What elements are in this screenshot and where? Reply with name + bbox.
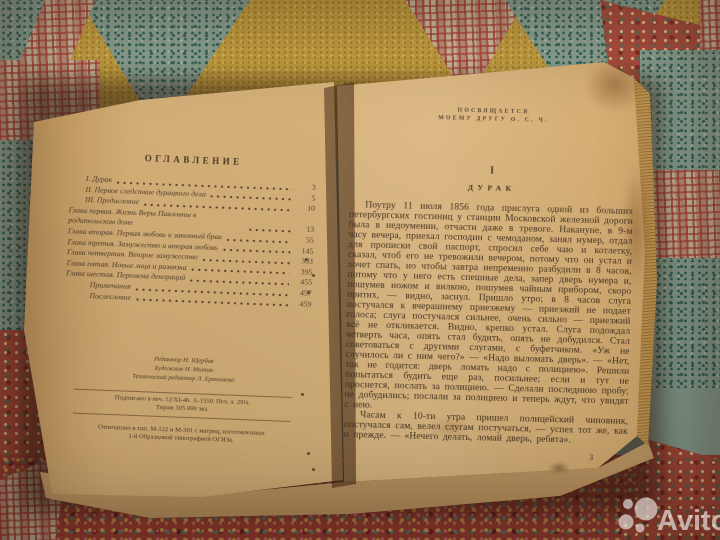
body-text: Поутру 11 июля 1856 года прислуга одной …: [343, 200, 633, 447]
avito-watermark: Avito: [615, 492, 720, 540]
toc-list: I. Дурак3 II. Первое следствие дурацкого…: [65, 173, 316, 309]
avito-brand-text: Avito: [657, 505, 720, 537]
dedication: ПОСВЯЩАЕТСЯ МОЕМУ ДРУГУ О. С. Ч.: [351, 104, 635, 127]
imprint-block: Подписано в печ. 12/XI-46. А-1550. Печ. …: [73, 388, 292, 422]
body-paragraph: Поутру 11 июля 1856 года прислуга одной …: [344, 200, 633, 417]
page-stain: [548, 462, 570, 474]
book-photo: ОГЛАВЛЕНИЕ I. Дурак3 II. Первое следстви…: [0, 0, 720, 540]
chapter-number: I: [350, 162, 634, 180]
table-of-contents: ОГЛАВЛЕНИЕ I. Дурак3 II. Первое следстви…: [51, 150, 326, 449]
chapter-page: ПОСВЯЩАЕТСЯ МОЕМУ ДРУГУ О. С. Ч. I ДУРАК…: [343, 92, 636, 463]
body-paragraph: Часам к 10-ти утра пришел полицейский чи…: [343, 410, 628, 447]
colophon: Редактор Н. Щербак Художник Н. Митин Тех…: [67, 353, 300, 388]
ink-speck: [312, 468, 315, 471]
dot-leader: [247, 228, 291, 233]
chapter-title: ДУРАК: [350, 180, 634, 196]
dot-leader: [134, 298, 288, 307]
ink-speck: [307, 452, 310, 455]
avito-logo-icon: [619, 498, 658, 533]
